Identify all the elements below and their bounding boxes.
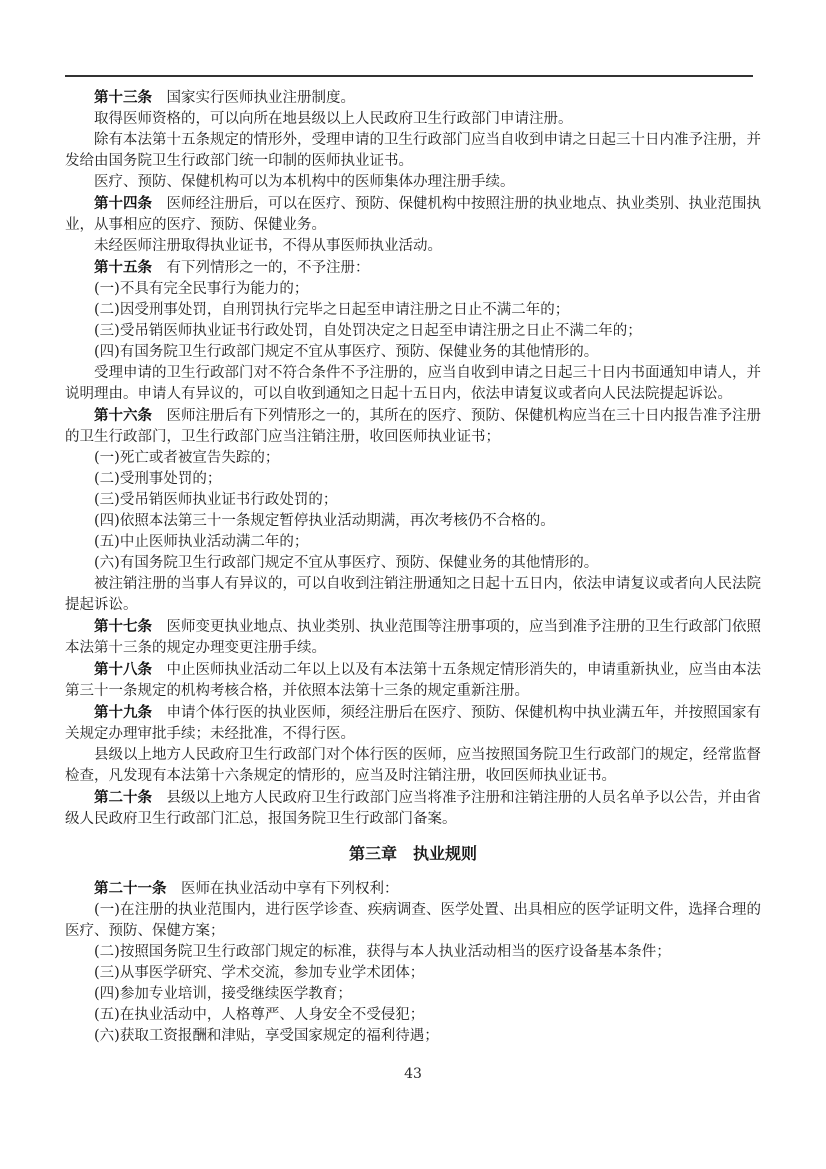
paragraph-text: (五)中止医师执业活动满二年的； — [94, 534, 308, 550]
paragraph-text: 未经医师注册取得执业证书，不得从事医师执业活动。 — [94, 238, 442, 254]
list-item: (三)受吊销医师执业证书行政处罚的； — [65, 490, 761, 511]
paragraph-text: (三)受吊销医师执业证书行政处罚的； — [94, 492, 337, 508]
header-rule-divider — [65, 75, 753, 77]
paragraph-text: 医师注册后有下列情形之一的，其所在的医疗、预防、保健机构应当在三十日内报告准予注… — [65, 408, 761, 445]
paragraph: 未经医师注册取得执业证书，不得从事医师执业活动。 — [65, 236, 761, 257]
paragraph-text: (三)从事医学研究、学术交流，参加专业学术团体； — [94, 965, 424, 981]
list-item: (二)因受刑事处罚，自刑罚执行完毕之日起至申请注册之日止不满二年的； — [65, 300, 761, 321]
article-paragraph: 第十五条有下列情形之一的，不予注册： — [65, 257, 761, 279]
paragraph-text: 取得医师资格的，可以向所在地县级以上人民政府卫生行政部门申请注册。 — [94, 111, 573, 127]
paragraph-text: (四)有国务院卫生行政部门规定不宜从事医疗、预防、保健业务的其他情形的。 — [94, 344, 598, 360]
article-paragraph: 第十九条申请个体行医的执业医师，须经注册后在医疗、预防、保健机构中执业满五年，并… — [65, 702, 761, 745]
paragraph-text: (六)获取工资报酬和津贴，享受国家规定的福利待遇； — [94, 1028, 439, 1044]
paragraph-text: 中止医师执业活动二年以上以及有本法第十五条规定情形消失的，申请重新执业，应当由本… — [65, 662, 761, 699]
paragraph: 受理申请的卫生行政部门对不符合条件不予注册的，应当自收到申请之日起三十日内书面通… — [65, 363, 761, 405]
paragraph-text: (四)参加专业培训，接受继续医学教育； — [94, 986, 352, 1002]
paragraph: 医疗、预防、保健机构可以为本机构中的医师集体办理注册手续。 — [65, 172, 761, 193]
article-paragraph: 第十三条国家实行医师执业注册制度。 — [65, 87, 761, 109]
article-number: 第十五条 — [94, 259, 152, 276]
list-item: (五)在执业活动中，人格尊严、人身安全不受侵犯； — [65, 1005, 761, 1026]
list-item: (一)在注册的执业范围内，进行医学诊查、疾病调查、医学处置、出具相应的医学证明文… — [65, 900, 761, 942]
paragraph: 县级以上地方人民政府卫生行政部门对个体行医的医师，应当按照国务院卫生行政部门的规… — [65, 745, 761, 787]
list-item: (三)受吊销医师执业证书行政处罚，自处罚决定之日起至申请注册之日止不满二年的； — [65, 321, 761, 342]
article-paragraph: 第二十一条医师在执业活动中享有下列权利： — [65, 878, 761, 900]
paragraph-text: (二)按照国务院卫生行政部门规定的标准，获得与本人执业活动相当的医疗设备基本条件… — [94, 944, 671, 960]
paragraph-text: 医师变更执业地点、执业类别、执业范围等注册事项的，应当到准予注册的卫生行政部门依… — [65, 619, 761, 656]
list-item: (二)受刑事处罚的； — [65, 469, 761, 490]
paragraph-text: (六)有国务院卫生行政部门规定不宜从事医疗、预防、保健业务的其他情形的。 — [94, 555, 598, 571]
paragraph-text: 医师在执业活动中享有下列权利： — [181, 881, 399, 897]
paragraph: 除有本法第十五条规定的情形外，受理申请的卫生行政部门应当自收到申请之日起三十日内… — [65, 130, 761, 172]
paragraph-text: 县级以上地方人民政府卫生行政部门应当将准予注册和注销注册的人员名单予以公告，并由… — [65, 790, 761, 827]
article-number: 第十九条 — [94, 704, 152, 721]
list-item: (一)死亡或者被宣告失踪的； — [65, 448, 761, 469]
paragraph-text: 被注销注册的当事人有异议的，可以自收到注销注册通知之日起十五日内，依法申请复议或… — [65, 576, 761, 613]
article-paragraph: 第十七条医师变更执业地点、执业类别、执业范围等注册事项的，应当到准予注册的卫生行… — [65, 616, 761, 659]
article-number: 第十三条 — [94, 89, 152, 106]
article-number: 第二十一条 — [94, 880, 167, 897]
list-item: (三)从事医学研究、学术交流，参加专业学术团体； — [65, 963, 761, 984]
list-item: (五)中止医师执业活动满二年的； — [65, 532, 761, 553]
list-item: (四)参加专业培训，接受继续医学教育； — [65, 984, 761, 1005]
article-number: 第二十条 — [94, 789, 152, 806]
article-number: 第十六条 — [94, 407, 152, 424]
paragraph-text: 有下列情形之一的，不予注册： — [167, 260, 370, 276]
paragraph-text: (一)不具有完全民事行为能力的； — [94, 281, 308, 297]
chapter-title: 执业规则 — [413, 844, 477, 863]
chapter-number: 第三章 — [349, 844, 397, 863]
paragraph-text: 受理申请的卫生行政部门对不符合条件不予注册的，应当自收到申请之日起三十日内书面通… — [65, 365, 761, 402]
list-item: (二)按照国务院卫生行政部门规定的标准，获得与本人执业活动相当的医疗设备基本条件… — [65, 942, 761, 963]
article-paragraph: 第十四条医师经注册后，可以在医疗、预防、保健机构中按照注册的执业地点、执业类别、… — [65, 193, 761, 236]
paragraph-text: 申请个体行医的执业医师，须经注册后在医疗、预防、保健机构中执业满五年，并按照国家… — [65, 705, 761, 742]
list-item: (六)获取工资报酬和津贴，享受国家规定的福利待遇； — [65, 1026, 761, 1047]
paragraph-text: 除有本法第十五条规定的情形外，受理申请的卫生行政部门应当自收到申请之日起三十日内… — [65, 132, 761, 169]
paragraph: 取得医师资格的，可以向所在地县级以上人民政府卫生行政部门申请注册。 — [65, 109, 761, 130]
list-item: (六)有国务院卫生行政部门规定不宜从事医疗、预防、保健业务的其他情形的。 — [65, 553, 761, 574]
article-number: 第十四条 — [94, 195, 152, 212]
paragraph-text: 国家实行医师执业注册制度。 — [167, 90, 356, 106]
paragraph-text: (一)在注册的执业范围内，进行医学诊查、疾病调查、医学处置、出具相应的医学证明文… — [65, 902, 761, 939]
paragraph: 被注销注册的当事人有异议的，可以自收到注销注册通知之日起十五日内，依法申请复议或… — [65, 574, 761, 616]
paragraph-text: (三)受吊销医师执业证书行政处罚，自处罚决定之日起至申请注册之日止不满二年的； — [94, 323, 642, 339]
article-paragraph: 第十八条中止医师执业活动二年以上以及有本法第十五条规定情形消失的，申请重新执业，… — [65, 659, 761, 702]
document-body: 第十三条国家实行医师执业注册制度。取得医师资格的，可以向所在地县级以上人民政府卫… — [65, 87, 761, 1047]
article-paragraph: 第二十条县级以上地方人民政府卫生行政部门应当将准予注册和注销注册的人员名单予以公… — [65, 787, 761, 830]
page-number: 43 — [0, 1066, 826, 1082]
paragraph-text: (二)因受刑事处罚，自刑罚执行完毕之日起至申请注册之日止不满二年的； — [94, 302, 569, 318]
paragraph-text: (一)死亡或者被宣告失踪的； — [94, 450, 279, 466]
paragraph-text: (五)在执业活动中，人格尊严、人身安全不受侵犯； — [94, 1007, 424, 1023]
paragraph-text: 医师经注册后，可以在医疗、预防、保健机构中按照注册的执业地点、执业类别、执业范围… — [65, 196, 761, 233]
paragraph-text: 县级以上地方人民政府卫生行政部门对个体行医的医师，应当按照国务院卫生行政部门的规… — [65, 747, 761, 784]
paragraph-text: (二)受刑事处罚的； — [94, 471, 221, 487]
list-item: (四)有国务院卫生行政部门规定不宜从事医疗、预防、保健业务的其他情形的。 — [65, 342, 761, 363]
article-paragraph: 第十六条医师注册后有下列情形之一的，其所在的医疗、预防、保健机构应当在三十日内报… — [65, 405, 761, 448]
paragraph-text: 医疗、预防、保健机构可以为本机构中的医师集体办理注册手续。 — [94, 174, 515, 190]
paragraph-text: (四)依照本法第三十一条规定暂停执业活动期满，再次考核仍不合格的。 — [94, 513, 555, 529]
list-item: (一)不具有完全民事行为能力的； — [65, 279, 761, 300]
chapter-heading: 第三章执业规则 — [65, 843, 761, 864]
article-number: 第十七条 — [94, 618, 152, 635]
document-page: 第十三条国家实行医师执业注册制度。取得医师资格的，可以向所在地县级以上人民政府卫… — [0, 0, 826, 1169]
article-number: 第十八条 — [94, 661, 152, 678]
list-item: (四)依照本法第三十一条规定暂停执业活动期满，再次考核仍不合格的。 — [65, 511, 761, 532]
